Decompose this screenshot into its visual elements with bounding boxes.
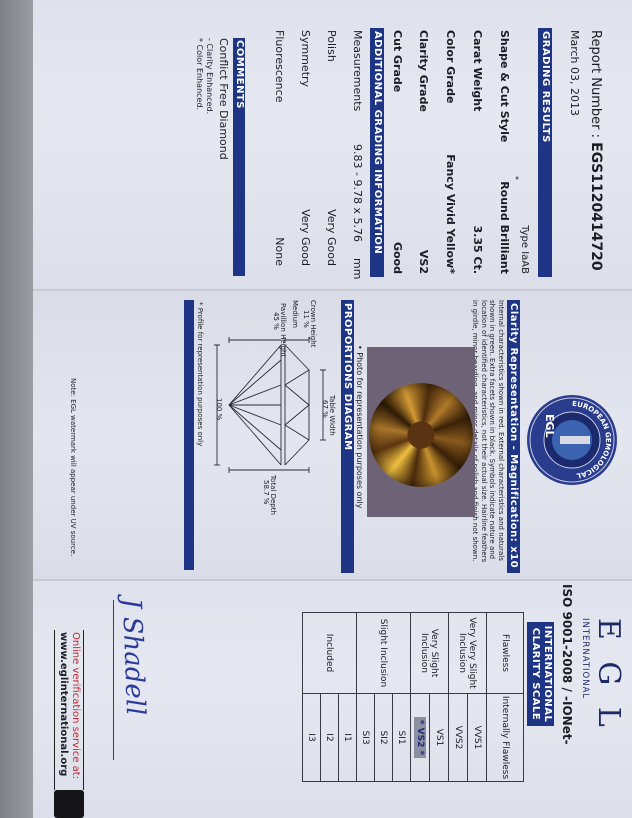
verify-rule [54, 630, 55, 790]
pavilion-height-value: 45 % [272, 312, 280, 330]
table-width-value: 67 % [321, 400, 329, 418]
photo-note: • Photo for representation purposes only [355, 345, 364, 509]
certificate-document: Report Number : EGS1120414720 March 03, … [0, 0, 632, 818]
total-depth-label: Total Depth [269, 475, 277, 515]
clarity-grade: VVS2 [449, 694, 468, 782]
grading-value: 3.35 Ct. [471, 130, 484, 274]
profile-note: * Profile for representation purposes on… [196, 302, 204, 446]
diameter-value: 100 % [215, 398, 223, 420]
grading-value: Good [391, 130, 404, 274]
girdle-value: Medium [291, 300, 299, 328]
proportions-header: PROPORTIONS DIAGRAM [341, 300, 354, 573]
clarity-scale-title-2: CLARITY SCALE [529, 622, 541, 726]
additional-value: None [273, 110, 286, 266]
verify-rule [83, 630, 84, 790]
additional-grading-header: ADDITIONAL GRADING INFORMATION [370, 28, 384, 277]
clarity-group: Very Slight Inclusion [411, 613, 449, 694]
comments-headline: Conflict Free Diamond [217, 38, 230, 160]
grading-label: Clarity Grade [417, 30, 430, 112]
verification-url[interactable]: www.eglinternational.org [58, 632, 69, 776]
clarity-scale-table: FlawlessInternally FlawlessVery Very Sli… [302, 612, 524, 782]
fold-line [33, 289, 632, 291]
grading-label: Carat Weight [471, 30, 484, 111]
egl-seal-icon: EUROPEAN GEMOLOGICAL LABORATORY EGL [524, 392, 620, 488]
clarity-scale-row: Very Slight InclusionVS1 [430, 613, 449, 782]
diamond-image [369, 383, 473, 487]
additional-value: 9.83 - 9.78 x 5.76 [351, 110, 364, 242]
fold-line [33, 579, 632, 581]
report-number: Report Number : EGS1120414720 [588, 30, 604, 271]
report-number-label: Report Number : [588, 30, 603, 138]
diamond-photo [367, 347, 475, 517]
clarity-grade: * VS2 * [411, 694, 430, 782]
measurement-unit: mm [351, 258, 364, 279]
additional-label: Symmetry [299, 30, 312, 87]
clarity-grade: VVS1 [468, 694, 487, 782]
highlighted-grade: * VS2 * [414, 717, 426, 758]
clarity-representation-header: Clarity Representation - Magnification: … [507, 300, 520, 573]
clarity-scale-title-1: INTERNATIONAL [541, 622, 553, 726]
grading-value: Fancy Vivid Yellow* [444, 130, 457, 274]
clarity-grade: SI1 [393, 694, 411, 782]
crown-height-label: Crown Height [309, 300, 317, 347]
total-depth-value: 58.7 % [262, 480, 270, 504]
additional-label: Fluorescence [273, 30, 286, 102]
pavilion-height-label: Pavillion Height [279, 303, 287, 357]
additional-value: Very Good [299, 110, 312, 266]
comment-line: * Color Enhanced. [195, 38, 204, 110]
scanner-edge [0, 0, 33, 818]
crown-height-value: 11 % [302, 310, 310, 328]
grading-label: Color Grade [444, 30, 457, 103]
additional-label: Measurements [351, 30, 364, 111]
egl-logo-sub: INTERNATIONAL [580, 618, 590, 699]
additional-label: Polish [325, 30, 338, 62]
clarity-grade: I2 [321, 694, 339, 782]
clarity-group: Included [303, 613, 357, 694]
iso-certification: ISO 9001-2008 / -IONet- [560, 584, 574, 745]
clarity-scale-row: IncludedI1 [339, 613, 357, 782]
grading-results-header: GRADING RESULTS [538, 28, 552, 277]
clarity-grade: I1 [339, 694, 357, 782]
grading-value: Round Brilliant [498, 130, 511, 274]
grading-label: Shape & Cut Style [498, 30, 511, 142]
verification-label: Online verification service at: [70, 632, 81, 779]
grading-label: Cut Grade [391, 30, 404, 92]
report-date: March 03, 2013 [568, 30, 581, 116]
clarity-group: Slight Inclusion [357, 613, 411, 694]
type-mark: * [511, 176, 520, 180]
clarity-scale-header: INTERNATIONAL CLARITY SCALE [527, 622, 554, 726]
watermark-note: Note: EGL watermark will appear under UV… [69, 378, 77, 556]
clarity-grade: Internally Flawless [487, 694, 524, 782]
clarity-scale-row: Slight InclusionSI1 [393, 613, 411, 782]
clarity-scale-row: Very Very Slight InclusionVVS1 [468, 613, 487, 782]
svg-text:EGL: EGL [543, 414, 556, 438]
additional-value: Very Good [325, 110, 338, 266]
report-number-value: EGS1120414720 [588, 142, 604, 271]
comments-header: COMMENTS [233, 38, 245, 276]
signature-line [113, 600, 114, 760]
clarity-group: Flawless [487, 613, 524, 694]
proportions-diagram [197, 330, 337, 540]
comment-line: - Clarity Enhanced. [205, 38, 214, 114]
clarity-representation-text: Internal characteristics shown in red. E… [471, 300, 505, 570]
egl-logo: E G L [591, 618, 626, 733]
table-width-label: Table Width [328, 395, 336, 436]
grading-value: VS2 [417, 130, 430, 274]
diamond-type: Type IaAB [519, 150, 530, 274]
clarity-grade: SI3 [357, 694, 375, 782]
black-sticker [54, 790, 84, 818]
clarity-group: Very Very Slight Inclusion [449, 613, 487, 694]
clarity-grade: I3 [303, 694, 321, 782]
proportions-footer-bar [184, 300, 194, 570]
signature: J Shadell [116, 598, 150, 716]
clarity-grade: VS1 [430, 694, 449, 782]
clarity-grade: SI2 [375, 694, 393, 782]
clarity-scale-row: FlawlessInternally Flawless [487, 613, 524, 782]
